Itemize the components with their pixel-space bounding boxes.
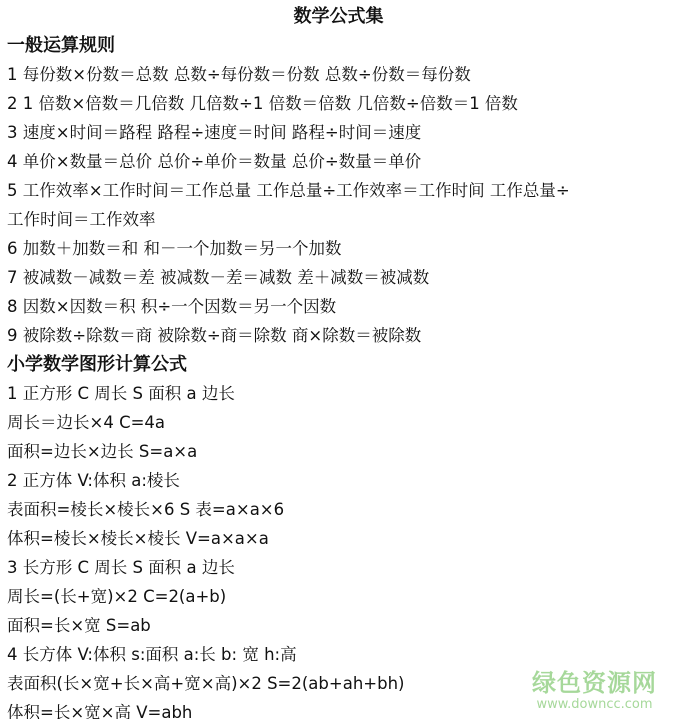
- formula-line: 1 每份数×份数＝总数 总数÷每份数＝份数 总数÷份数＝每份数: [7, 60, 677, 89]
- watermark-url: www.downcc.com: [532, 697, 657, 713]
- formula-line: 2 1 倍数×倍数＝几倍数 几倍数÷1 倍数＝倍数 几倍数÷倍数＝1 倍数: [7, 89, 677, 118]
- formula-line: 工作时间＝工作效率: [7, 205, 677, 234]
- formula-line: 5 工作效率×工作时间＝工作总量 工作总量÷工作效率＝工作时间 工作总量÷: [7, 176, 677, 205]
- formula-line: 9 被除数÷除数＝商 被除数÷商＝除数 商×除数＝被除数: [7, 321, 677, 350]
- formula-line: 表面积=棱长×棱长×6 S 表=a×a×6: [7, 495, 677, 524]
- document-title: 数学公式集: [0, 2, 677, 31]
- formula-line: 6 加数＋加数＝和 和－一个加数＝另一个加数: [7, 234, 677, 263]
- section-heading-geometry-formulas: 小学数学图形计算公式: [7, 350, 677, 379]
- formula-line: 4 单价×数量＝总价 总价÷单价＝数量 总价÷数量＝单价: [7, 147, 677, 176]
- formula-document: 数学公式集 一般运算规则 1 每份数×份数＝总数 总数÷每份数＝份数 总数÷份数…: [7, 2, 677, 719]
- formula-line: 周长＝边长×4 C=4a: [7, 408, 677, 437]
- formula-line: 7 被减数－减数＝差 被减数－差＝减数 差＋减数＝被减数: [7, 263, 677, 292]
- formula-line: 3 速度×时间＝路程 路程÷速度＝时间 路程÷时间＝速度: [7, 118, 677, 147]
- formula-line: 周长=(长+宽)×2 C=2(a+b): [7, 582, 677, 611]
- watermark: 绿色资源网 www.downcc.com: [532, 669, 657, 713]
- formula-line: 面积=边长×边长 S=a×a: [7, 437, 677, 466]
- formula-line: 1 正方形 C 周长 S 面积 a 边长: [7, 379, 677, 408]
- section-heading-general-rules: 一般运算规则: [7, 31, 677, 60]
- watermark-name: 绿色资源网: [532, 669, 657, 697]
- formula-line: 体积=棱长×棱长×棱长 V=a×a×a: [7, 524, 677, 553]
- formula-line: 面积=长×宽 S=ab: [7, 611, 677, 640]
- formula-line: 8 因数×因数＝积 积÷一个因数＝另一个因数: [7, 292, 677, 321]
- formula-line: 2 正方体 V:体积 a:棱长: [7, 466, 677, 495]
- formula-line: 4 长方体 V:体积 s:面积 a:长 b: 宽 h:高: [7, 640, 677, 669]
- formula-line: 3 长方形 C 周长 S 面积 a 边长: [7, 553, 677, 582]
